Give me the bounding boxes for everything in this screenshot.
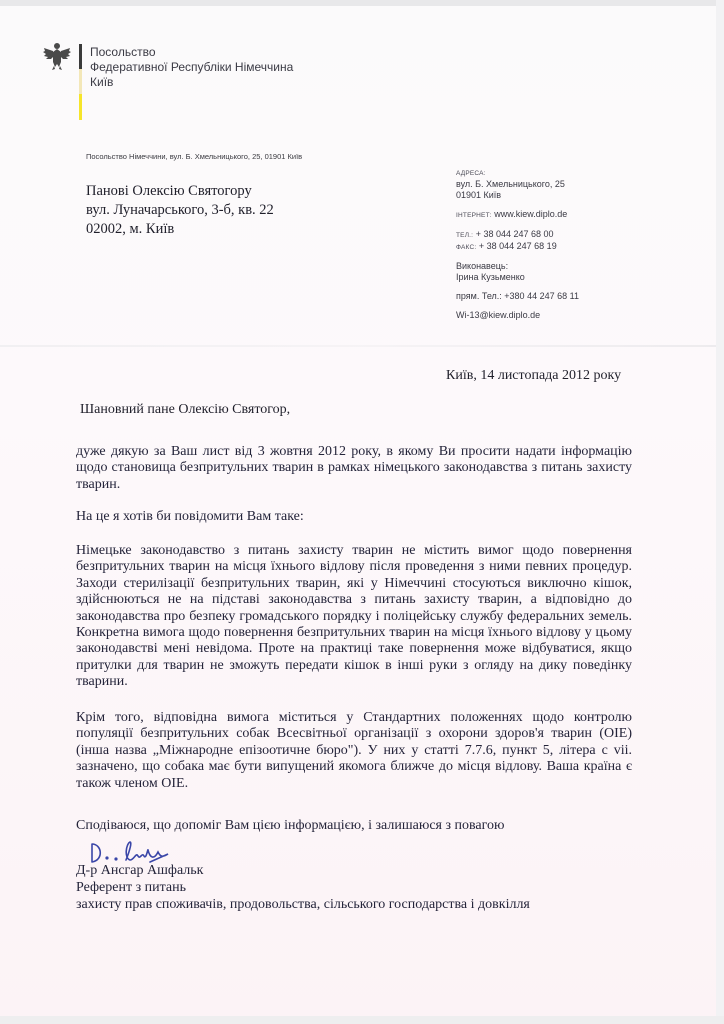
signer-title: Референт з питань [76, 879, 530, 896]
paragraph: На це я хотів би повідомити Вам таке: [76, 509, 632, 525]
letter-date: Київ, 14 листопада 2012 року [446, 368, 621, 384]
direct-tel: прям. Тел.: +380 44 247 68 11 [456, 291, 579, 302]
salutation: Шановний пане Олексію Святогор, [80, 402, 290, 418]
contact-sidebar: АДРЕСА: вул. Б. Хмельницького, 25 01901 … [456, 168, 579, 329]
german-flag-bar [79, 44, 82, 120]
signature-block: Д-р Ансгар Ашфальк Референт з питань зах… [76, 862, 530, 913]
letterhead-line: Київ [90, 75, 293, 90]
tel-label: ТЕЛ.: [456, 232, 473, 239]
address-label: АДРЕСА: [456, 168, 579, 179]
scan-edge-bottom [0, 1016, 724, 1024]
internet-label: ІНТЕРНЕТ: [456, 212, 492, 219]
letterhead-line: Федеративної Республіки Німеччина [90, 60, 293, 75]
website-link[interactable]: www.kiew.diplo.de [494, 209, 567, 219]
recipient-line: вул. Луначарського, 3-б, кв. 22 [86, 201, 274, 220]
signer-name: Д-р Ансгар Ашфальк [76, 862, 530, 879]
executor-name: Ірина Кузьменко [456, 272, 579, 283]
recipient-line: 02002, м. Київ [86, 220, 274, 239]
closing-line: Сподіваюся, що допоміг Вам цією інформац… [76, 818, 632, 834]
tel-number: + 38 044 247 68 00 [476, 229, 554, 239]
email-link[interactable]: Wi-13@kiew.diplo.de [456, 310, 579, 321]
recipient-line: Панові Олексію Святогору [86, 182, 274, 201]
executor-label: Виконавець: [456, 261, 579, 272]
address-line: вул. Б. Хмельницького, 25 [456, 179, 579, 190]
paragraph: Німецьке законодавство з питань захисту … [76, 543, 632, 691]
scan-edge-right [716, 0, 724, 1024]
signer-title: захисту прав споживачів, продовольства, … [76, 896, 530, 913]
letter-page: Посольство Федеративної Республіки Німеч… [0, 0, 724, 1024]
paragraph: Крім того, відповідна вимога міститься у… [76, 710, 632, 792]
fax-number: + 38 044 247 68 19 [479, 241, 557, 251]
recipient-address: Панові Олексію Святогору вул. Луначарськ… [86, 182, 274, 239]
letterhead: Посольство Федеративної Республіки Німеч… [90, 45, 293, 90]
federal-eagle-icon [42, 40, 72, 72]
letterhead-line: Посольство [90, 45, 293, 60]
paragraph: дуже дякую за Ваш лист від 3 жовтня 2012… [76, 444, 632, 493]
return-address: Посольство Німеччини, вул. Б. Хмельницьк… [86, 152, 302, 161]
paper-fold-line [0, 345, 724, 347]
fax-label: ФАКС: [456, 244, 476, 251]
address-line: 01901 Київ [456, 190, 579, 201]
scan-edge-top [0, 0, 724, 6]
